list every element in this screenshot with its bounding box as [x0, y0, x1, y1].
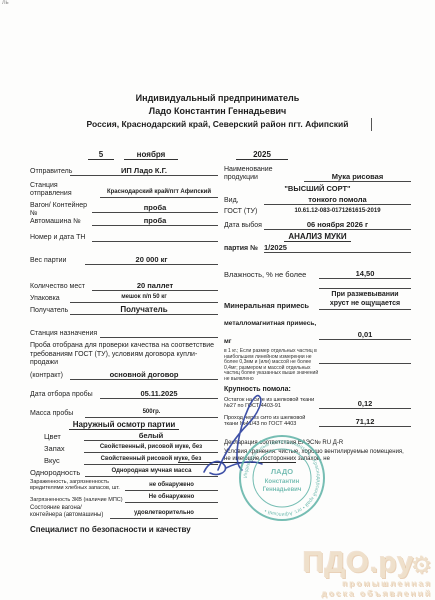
field-kind: Вид, тонкого помола — [224, 195, 411, 205]
field-moisture: Влажность, % не более 14,50 — [224, 269, 411, 279]
wagon-label-line1: Вагон/ Контейнер № — [30, 202, 87, 217]
weight-label: Вес партии — [30, 257, 85, 265]
sender-value: ИП Ладо К.Г. — [70, 166, 218, 176]
packdate-label: Дата выбоя — [224, 222, 264, 230]
color-label: Цвет — [30, 433, 84, 441]
taste-label: Вкус — [30, 457, 84, 465]
mineral-label: Минеральная примесь — [224, 302, 319, 310]
document-header: Индивидуальный предприниматель Ладо Конс… — [0, 92, 435, 131]
date-year: 2025 — [236, 150, 288, 160]
header-line2: Ладо Константин Геннадьевич — [0, 105, 435, 118]
date-day: 5 — [88, 150, 114, 160]
document-date: 5 ноября 2025 — [88, 150, 288, 160]
wagon-label: Вагон/ Контейнер № Автомашина № — [30, 202, 92, 226]
places-label: Количество мест — [30, 283, 92, 291]
metal-label-block: металломагнитная примесь, мг в 1 кг.; Ес… — [224, 312, 319, 382]
tn-value — [92, 232, 218, 242]
contract-prefix: (контракт) — [30, 372, 70, 380]
metal-extra-line — [319, 354, 411, 364]
field-packing: Упаковка мешок п/п 50 кг — [30, 293, 218, 303]
analysis-heading: АНАЛИЗ МУКИ — [224, 232, 411, 241]
packing-label: Упаковка — [30, 295, 70, 303]
moisture-value: 14,50 — [319, 269, 411, 279]
date-month: ноября — [124, 150, 178, 160]
field-sender: Отправитель ИП Ладо К.Г. — [30, 166, 218, 176]
mineral-value: При разжевывании хруст не ощущается — [319, 288, 411, 310]
field-gost: ГОСТ (ТУ) 10.61.12-083-0171261615-2019 — [224, 207, 411, 216]
sample-mass-label: Масса пробы — [30, 410, 85, 418]
metal-fineprint: в 1 кг.; Если размер отдельных частиц в … — [224, 349, 319, 382]
inspection-heading: Наружный осмотр партии — [30, 420, 218, 429]
sieve1-value: 0,12 — [319, 399, 411, 409]
infestation-label: Зараженность, загрязненность вредителями… — [30, 479, 125, 491]
watermark: ПДО.ру ⚙ промышленная доска объявлений — [303, 549, 432, 598]
wagon-state-value: удовлетворительно — [110, 509, 218, 519]
field-wagon: Вагон/ Контейнер № Автомашина № проба пр… — [30, 202, 218, 226]
station-to-value — [100, 328, 218, 338]
field-product: Наименование продукции Мука рисовая — [224, 166, 411, 182]
specialist-label: Специалист по безопасности и качеству — [30, 525, 218, 534]
header-line1: Индивидуальный предприниматель — [0, 92, 435, 105]
field-infestation: Зараженность, загрязненность вредителями… — [30, 479, 218, 491]
field-batch: партия № 1/2025 — [224, 243, 411, 253]
field-color: Цвет белый — [30, 431, 218, 441]
station-to-label: Станция назначения — [30, 330, 100, 338]
contamination-label: Загрязненность ЗКВ (наличие МПС) — [30, 497, 125, 503]
stamp-center-line1: ЛАДО — [271, 467, 293, 476]
field-wagon-state: Состояние вагона/контейнера (автомашины)… — [30, 505, 218, 519]
metal-values: 0,01 — [319, 330, 411, 364]
field-sample-mass: Масса пробы 500гр. — [30, 408, 218, 418]
kind-value: тонкого помола — [264, 195, 411, 205]
field-station-from: Станция отправления Краснодарский край/п… — [30, 182, 218, 198]
gost-value: 10.61.12-083-0171261615-2019 — [264, 207, 411, 216]
round-stamp: Индивидуальный предприниматель • Краснод… — [237, 433, 327, 523]
wagon-label-line2: Автомашина № — [30, 218, 81, 225]
moisture-label: Влажность, % не более — [224, 271, 319, 279]
tn-label: Номер и дата ТН — [30, 234, 92, 242]
wagon-value-1: проба — [92, 203, 218, 213]
scanned-quality-certificate: ль Индивидуальный предприниматель Ладо К… — [0, 0, 435, 600]
receiver-label: Получатель — [30, 307, 70, 315]
field-weight: Вес партии 20 000 кг — [30, 255, 218, 265]
watermark-tagline-1: промышленная — [303, 578, 432, 588]
places-value: 20 паллет — [92, 281, 218, 291]
field-taste: Вкус Свойственный рисовой муке, без — [30, 455, 218, 465]
field-places: Количество мест 20 паллет — [30, 281, 218, 291]
field-metal: металломагнитная примесь, мг в 1 кг.; Ес… — [224, 312, 411, 382]
stamp-center-line2: Константин — [265, 479, 300, 485]
wagon-state-label: Состояние вагона/контейнера (автомашины) — [30, 505, 110, 519]
product-label: Наименование продукции — [224, 166, 304, 182]
field-station-to: Станция назначения — [30, 328, 218, 338]
watermark-tagline-2: доска объявлений — [303, 588, 432, 598]
field-contamination: Загрязненность ЗКВ (наличие МПС) Не обна… — [30, 493, 218, 503]
field-contract: (контракт) основной договор — [30, 370, 218, 380]
watermark-brand: ПДО.ру — [303, 549, 415, 578]
field-mineral: Минеральная примесь При разжевывании хру… — [224, 288, 411, 310]
wagon-values: проба проба — [92, 203, 218, 226]
header-line3: Россия, Краснодарский край, Северский ра… — [0, 118, 435, 131]
product-value: Мука рисовая — [304, 172, 411, 182]
sieve2-value: 71,12 — [319, 417, 411, 427]
svg-text:Индивидуальный предприниматель: Индивидуальный предприниматель • Краснод… — [243, 439, 321, 517]
field-receiver: Получатель Получатель — [30, 305, 218, 315]
contract-value: основной договор — [70, 370, 218, 380]
contamination-value: Не обнаружено — [125, 493, 218, 503]
field-tn: Номер и дата ТН — [30, 232, 218, 242]
mineral-value-line2: хруст не ощущается — [330, 300, 400, 307]
wagon-value-2: проба — [92, 216, 218, 226]
metal-value: 0,01 — [319, 330, 411, 340]
mineral-value-line1: При разжевывании — [331, 291, 398, 298]
sender-label: Отправитель — [30, 168, 70, 176]
receiver-value: Получатель — [70, 305, 218, 315]
metal-label: металломагнитная примесь, мг — [224, 320, 316, 345]
gear-icon: ⚙ — [410, 554, 432, 578]
shipment-column: Отправитель ИП Ладо К.Г. Станция отправл… — [30, 166, 218, 534]
stamp-center-line3: Геннадьевич — [263, 487, 302, 493]
kind-label: Вид, — [224, 197, 264, 205]
batch-label: партия № — [224, 245, 264, 253]
batch-value: 1/2025 — [264, 243, 411, 253]
uniformity-label: Однородность — [30, 469, 85, 477]
product-grade: "ВЫСШИЙ СОРТ" — [224, 184, 411, 193]
field-packdate: Дата выбоя 06 ноября 2026 г — [224, 220, 411, 230]
scan-artifact-text: ль — [2, 0, 9, 6]
sample-date-label: Дата отбора пробы — [30, 391, 100, 399]
packing-value: мешок п/п 50 кг — [70, 293, 218, 303]
weight-value: 20 000 кг — [85, 255, 218, 265]
smell-label: Запах — [30, 445, 84, 453]
field-sample-date: Дата отбора пробы 05.11.2025 — [30, 389, 218, 399]
sample-purpose-paragraph: Проба отобрана для проверки качества на … — [30, 342, 218, 368]
station-from-label: Станция отправления — [30, 182, 100, 198]
field-smell: Запах Свойственный, рисовой муке, без — [30, 443, 218, 453]
station-from-value: Краснодарский край/пгт Афипский — [100, 188, 218, 198]
gost-label: ГОСТ (ТУ) — [224, 208, 264, 216]
stamp-ring-text: Индивидуальный предприниматель • Краснод… — [243, 439, 321, 517]
packdate-value: 06 ноября 2026 г — [264, 220, 411, 230]
scan-artifact-line — [371, 118, 372, 131]
field-uniformity: Однородность Однородная мучная масса — [30, 467, 218, 477]
